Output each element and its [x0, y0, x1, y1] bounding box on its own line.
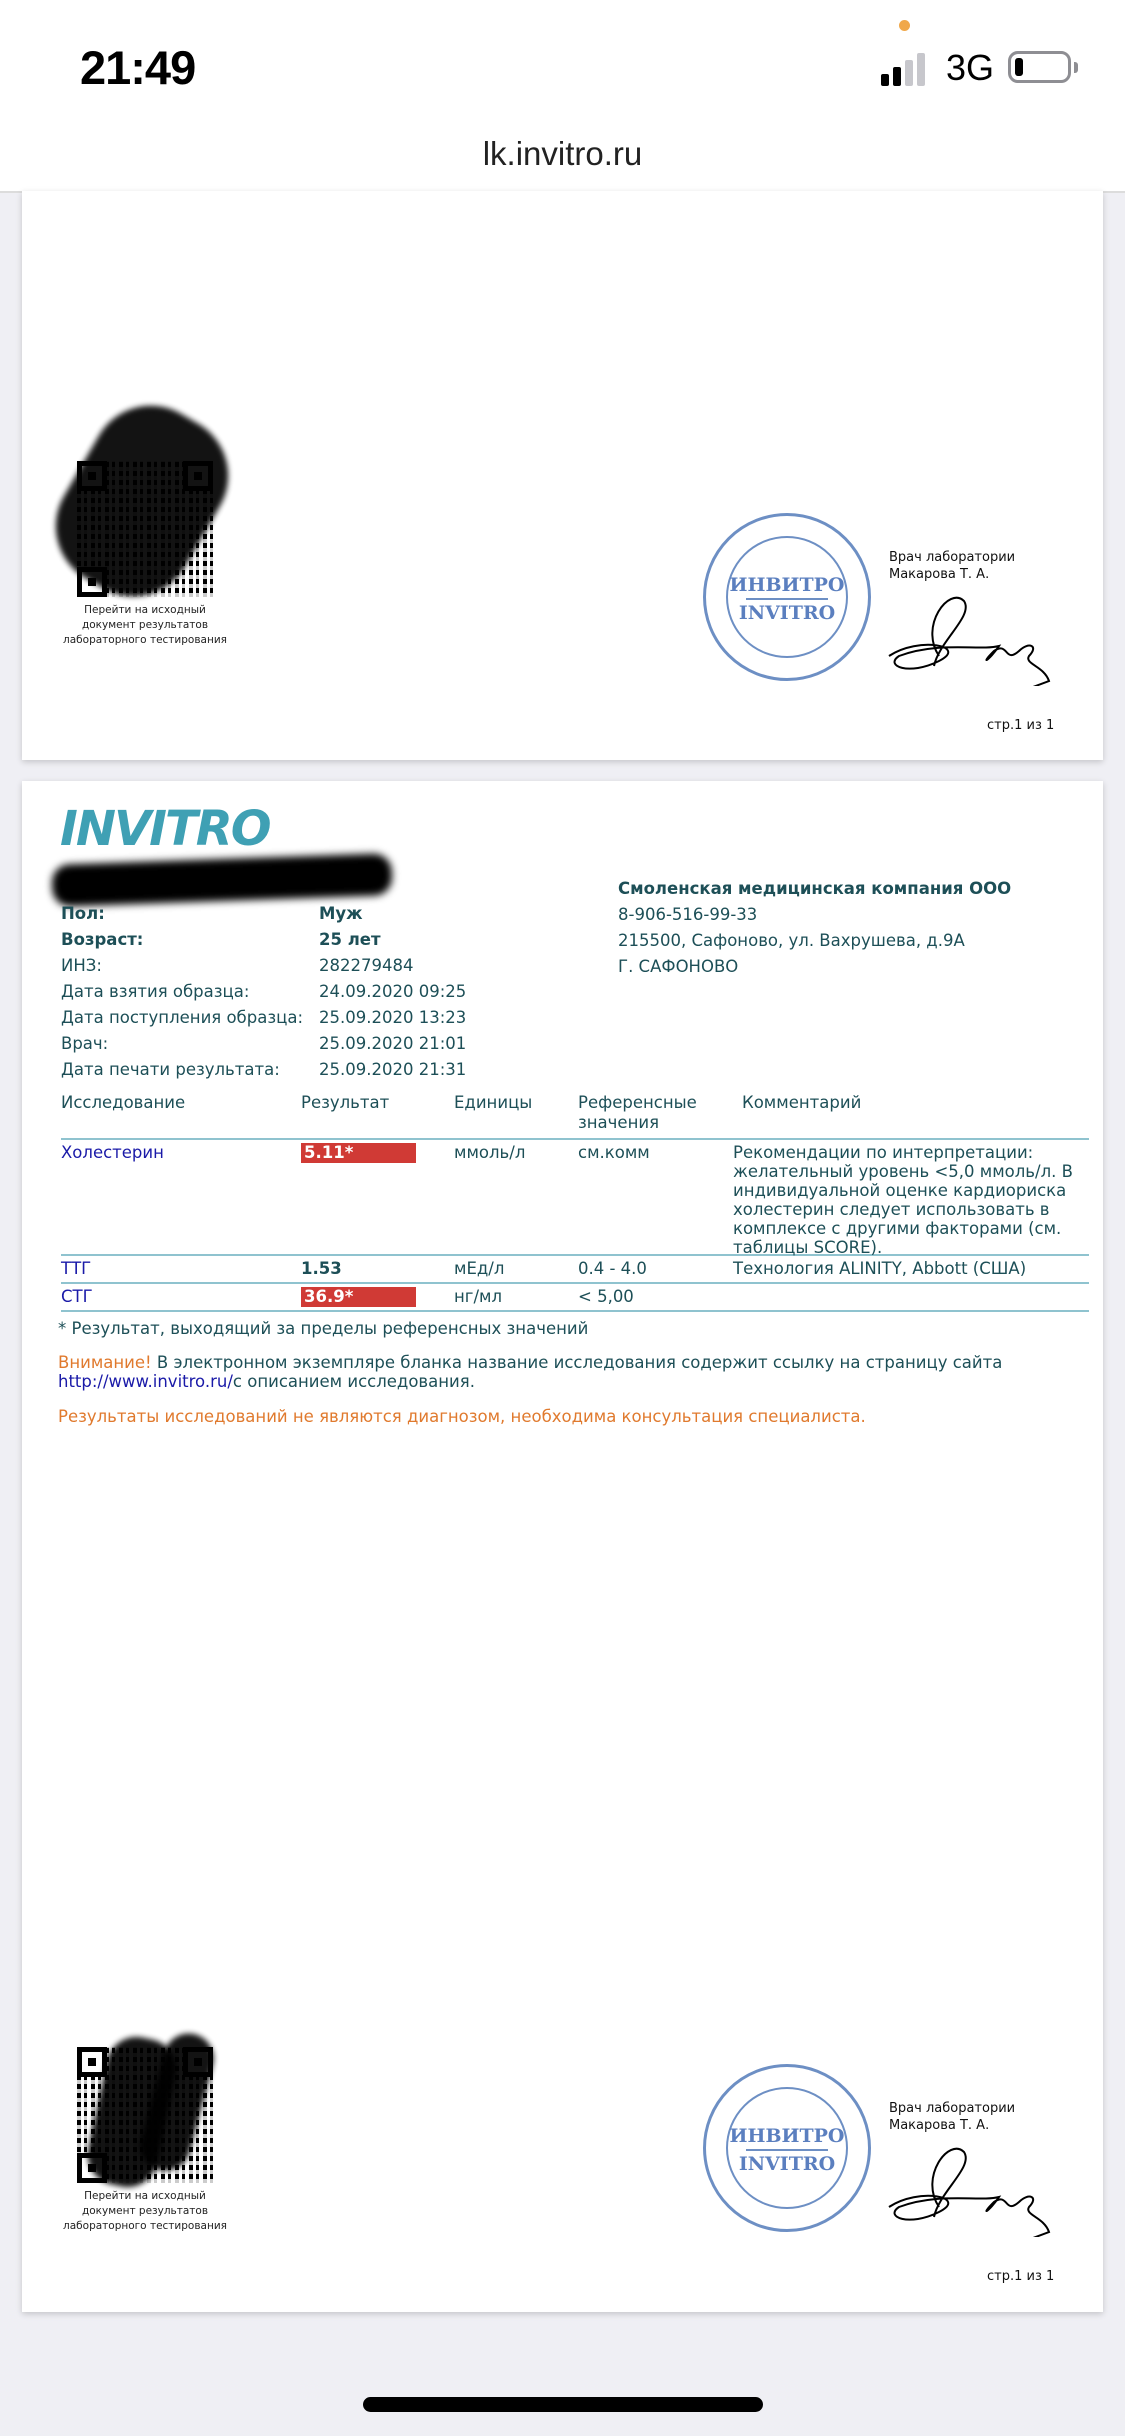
lab-address: 215500, Сафоново, ул. Вахрушева, д.9А [618, 928, 1011, 954]
patient-row-inz: ИНЗ:282279484 [61, 953, 466, 979]
result-value: 1.53 [301, 1259, 342, 1278]
patient-row-sex: Пол:Муж [61, 901, 466, 927]
url-text[interactable]: lk.invitro.ru [0, 135, 1125, 173]
page-number: стр.1 из 1 [987, 2269, 1054, 2284]
test-link-stg[interactable]: СТГ [61, 1287, 93, 1306]
lab-name: Смоленская медицинская компания ООО [618, 876, 1011, 902]
disclaimer: Результаты исследований не являются диаг… [58, 1407, 866, 1426]
lab-city: Г. САФОНОВО [618, 954, 1011, 980]
result-flagged: 36.9* [301, 1287, 416, 1307]
invitro-site-link[interactable]: http://www.invitro.ru/ [58, 1372, 233, 1391]
qr-code[interactable] [77, 2047, 213, 2183]
patient-row-received-date: Дата поступления образца:25.09.2020 13:2… [61, 1005, 466, 1031]
qr-code[interactable] [77, 461, 213, 597]
document-page-1: Перейти на исходный документ результатов… [22, 191, 1103, 760]
lab-stamp: ИНВИТРО INVITRO [703, 513, 871, 681]
lab-stamp: ИНВИТРО INVITRO [703, 2064, 871, 2232]
redaction-mark [34, 384, 250, 619]
test-link-ttg[interactable]: ТТГ [61, 1259, 91, 1278]
warning-note: Внимание! В электронном экземпляре бланк… [58, 1353, 1078, 1391]
browser-address-bar[interactable]: lk.invitro.ru [0, 120, 1125, 193]
qr-caption: Перейти на исходный документ результатов… [60, 603, 230, 648]
recording-indicator-dot [899, 20, 910, 31]
invitro-logo: INVITRO [60, 801, 270, 857]
home-indicator[interactable] [363, 2397, 763, 2412]
patient-row-age: Возраст:25 лет [61, 927, 466, 953]
battery-icon [1008, 51, 1071, 83]
document-page-2: INVITRO Пол:Муж Возраст:25 лет ИНЗ:28227… [22, 781, 1103, 2312]
qr-caption: Перейти на исходный документ результатов… [60, 2189, 230, 2234]
table-row: ТТГ 1.53 мЕд/л 0.4 - 4.0 Технология ALIN… [61, 1256, 1089, 1284]
test-link-cholesterol[interactable]: Холестерин [61, 1143, 164, 1162]
table-row: Холестерин 5.11* ммоль/л см.комм Рекомен… [61, 1140, 1089, 1256]
table-header: Исследование Результат Единицы Референсн… [61, 1093, 1089, 1140]
results-table: Исследование Результат Единицы Референсн… [61, 1093, 1089, 1312]
patient-info: Пол:Муж Возраст:25 лет ИНЗ:282279484 Дат… [61, 901, 466, 1083]
status-bar: 21:49 3G [0, 0, 1125, 120]
status-time: 21:49 [80, 40, 195, 95]
signature-icon [879, 2137, 1059, 2237]
signature-icon [879, 586, 1059, 686]
table-row: СТГ 36.9* нг/мл < 5,00 [61, 1284, 1089, 1312]
lab-info: Смоленская медицинская компания ООО 8-90… [618, 876, 1011, 980]
network-type: 3G [946, 47, 994, 89]
doctor-signature-label: Врач лаборатории Макарова Т. А. [889, 549, 1015, 583]
patient-row-doctor: Врач:25.09.2020 21:01 [61, 1031, 466, 1057]
doctor-signature-label: Врач лаборатории Макарова Т. А. [889, 2100, 1015, 2134]
result-flagged: 5.11* [301, 1143, 416, 1163]
qr-code-block[interactable]: Перейти на исходный документ результатов… [60, 461, 230, 648]
cellular-signal-icon [881, 52, 933, 86]
redaction-mark [51, 853, 392, 907]
patient-row-sample-date: Дата взятия образца:24.09.2020 09:25 [61, 979, 466, 1005]
lab-phone: 8-906-516-99-33 [618, 902, 1011, 928]
page-number: стр.1 из 1 [987, 718, 1054, 733]
footnote: * Результат, выходящий за пределы рефере… [58, 1319, 588, 1338]
patient-row-print-date: Дата печати результата:25.09.2020 21:31 [61, 1057, 466, 1083]
qr-code-block[interactable]: Перейти на исходный документ результатов… [60, 2047, 230, 2234]
